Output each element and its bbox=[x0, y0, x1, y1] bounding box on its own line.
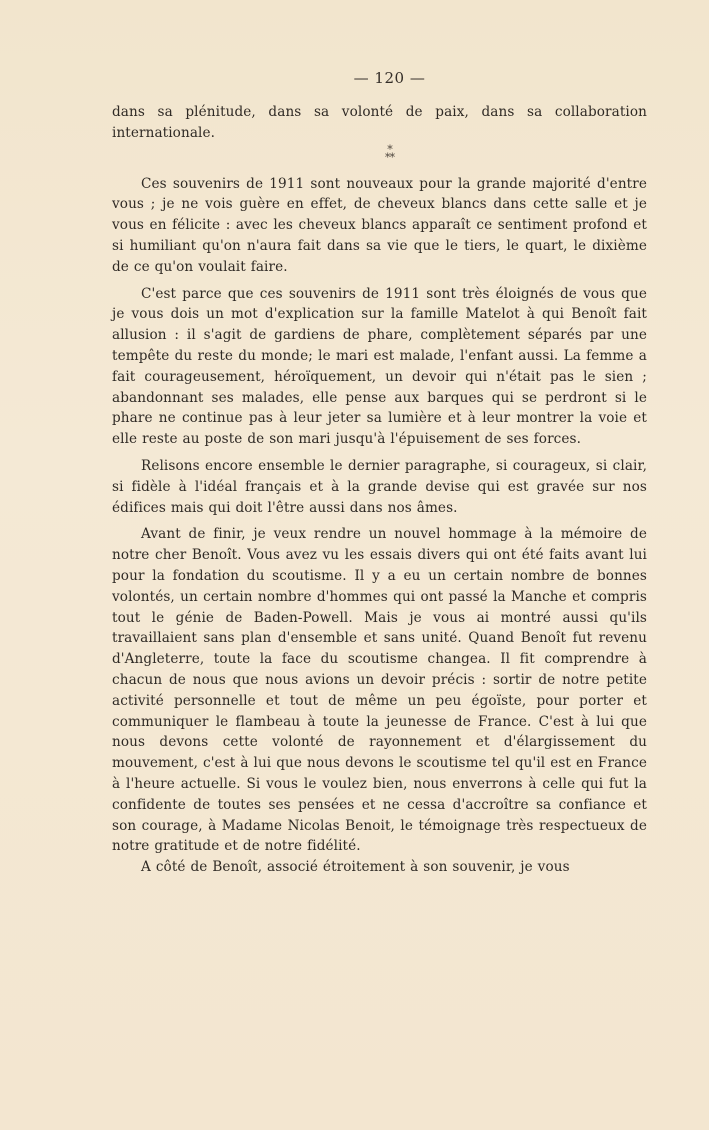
paragraph-continuation: dans sa plénitude, dans sa volonté de pa… bbox=[112, 102, 647, 144]
book-page: — 120 — dans sa plénitude, dans sa volon… bbox=[112, 62, 647, 878]
asterism-bottom: ** bbox=[132, 153, 647, 162]
paragraph-famille-matelot: C'est parce que ces souvenirs de 1911 so… bbox=[112, 284, 647, 450]
section-separator-asterism: * ** bbox=[112, 144, 647, 174]
paragraph-a-cote-de-benoit: A côté de Benoît, associé étroitement à … bbox=[112, 857, 647, 878]
paragraph-souvenirs-1911: Ces souvenirs de 1911 sont nouveaux pour… bbox=[112, 174, 647, 278]
paragraph-hommage-benoit: Avant de finir, je veux rendre un nouvel… bbox=[112, 524, 647, 857]
paragraph-relisons: Relisons encore ensemble le dernier para… bbox=[112, 456, 647, 518]
page-number: — 120 — bbox=[112, 62, 647, 102]
